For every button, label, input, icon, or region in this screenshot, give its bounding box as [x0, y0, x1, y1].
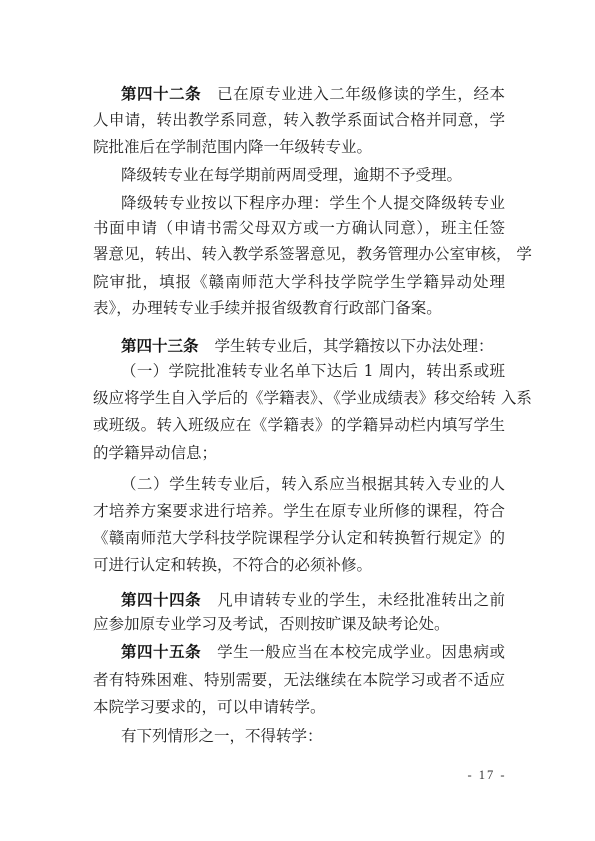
document-page: 第四十二条已在原专业进入二年级修读的学生，经本 人申请，转出教学系同意，转入教学… — [0, 0, 595, 841]
article-42-line-2: 人申请，转出教学系同意，转入教学系面试合格并同意，学 — [93, 109, 505, 131]
item-2-line-3: 《赣南师范大学科技学院课程学分认定和转换暂行规定》的 — [93, 527, 505, 549]
article-42-line-1: 第四十二条已在原专业进入二年级修读的学生，经本 — [121, 83, 505, 105]
article-number: 第四十四条 — [121, 590, 201, 609]
paragraph-deadline: 降级转专业在每学期前两周受理，逾期不予受理。 — [121, 164, 505, 186]
article-number: 第四十五条 — [121, 642, 201, 661]
page-number: - 17 - — [462, 768, 512, 783]
article-number: 第四十二条 — [121, 84, 201, 103]
procedure-line-2: 书面申请（申请书需父母双方或一方确认同意），班主任签 — [93, 217, 505, 239]
item-1-line-3: 或班级。转入班级应在《学籍表》的学籍异动栏内填写学生 — [93, 414, 505, 436]
paragraph-transfer-restrictions: 有下列情形之一，不得转学： — [121, 725, 505, 747]
article-44-line-2: 应参加原专业学习及考试，否则按旷课及缺考论处。 — [93, 613, 505, 635]
item-2-line-4: 可进行认定和转换，不符合的必须补修。 — [93, 554, 505, 576]
item-2-line-1: （二）学生转专业后，转入系应当根据其转入专业的人 — [121, 473, 505, 495]
procedure-line-3: 署意见，转出、转入教学系签署意见，教务管理办公室审核， 学 — [93, 243, 505, 265]
item-2-line-2: 才培养方案要求进行培养。学生在原专业所修的课程，符合 — [93, 500, 505, 522]
item-1-line-1: （一）学院批准转专业名单下达后 1 周内，转出系或班 — [121, 360, 505, 382]
article-number: 第四十三条 — [121, 336, 199, 355]
item-1-line-2: 级应将学生自入学后的《学籍表》、《学业成绩表》移交给转 入系 — [93, 387, 505, 409]
article-42-line-3: 院批准后在学制范围内降一年级转专业。 — [93, 136, 505, 158]
article-43-line-1: 第四十三条学生转专业后，其学籍按以下办法处理： — [121, 335, 505, 357]
procedure-line-4: 院审批，填报《赣南师范大学科技学院学生学籍异动处理 — [93, 271, 505, 293]
item-1-line-4: 的学籍异动信息； — [93, 442, 505, 464]
article-44-line-1: 第四十四条凡申请转专业的学生，未经批准转出之前 — [121, 589, 505, 611]
procedure-line-1: 降级转专业按以下程序办理：学生个人提交降级转专业 — [121, 192, 505, 214]
article-45-line-1: 第四十五条学生一般应当在本校完成学业。因患病或 — [121, 641, 505, 663]
procedure-line-5: 表》，办理转专业手续并报省级教育行政部门备案。 — [93, 297, 505, 319]
article-45-line-2: 者有特殊困难、特别需要，无法继续在本院学习或者不适应 — [93, 669, 505, 691]
article-45-line-3: 本院学习要求的，可以申请转学。 — [93, 696, 505, 718]
